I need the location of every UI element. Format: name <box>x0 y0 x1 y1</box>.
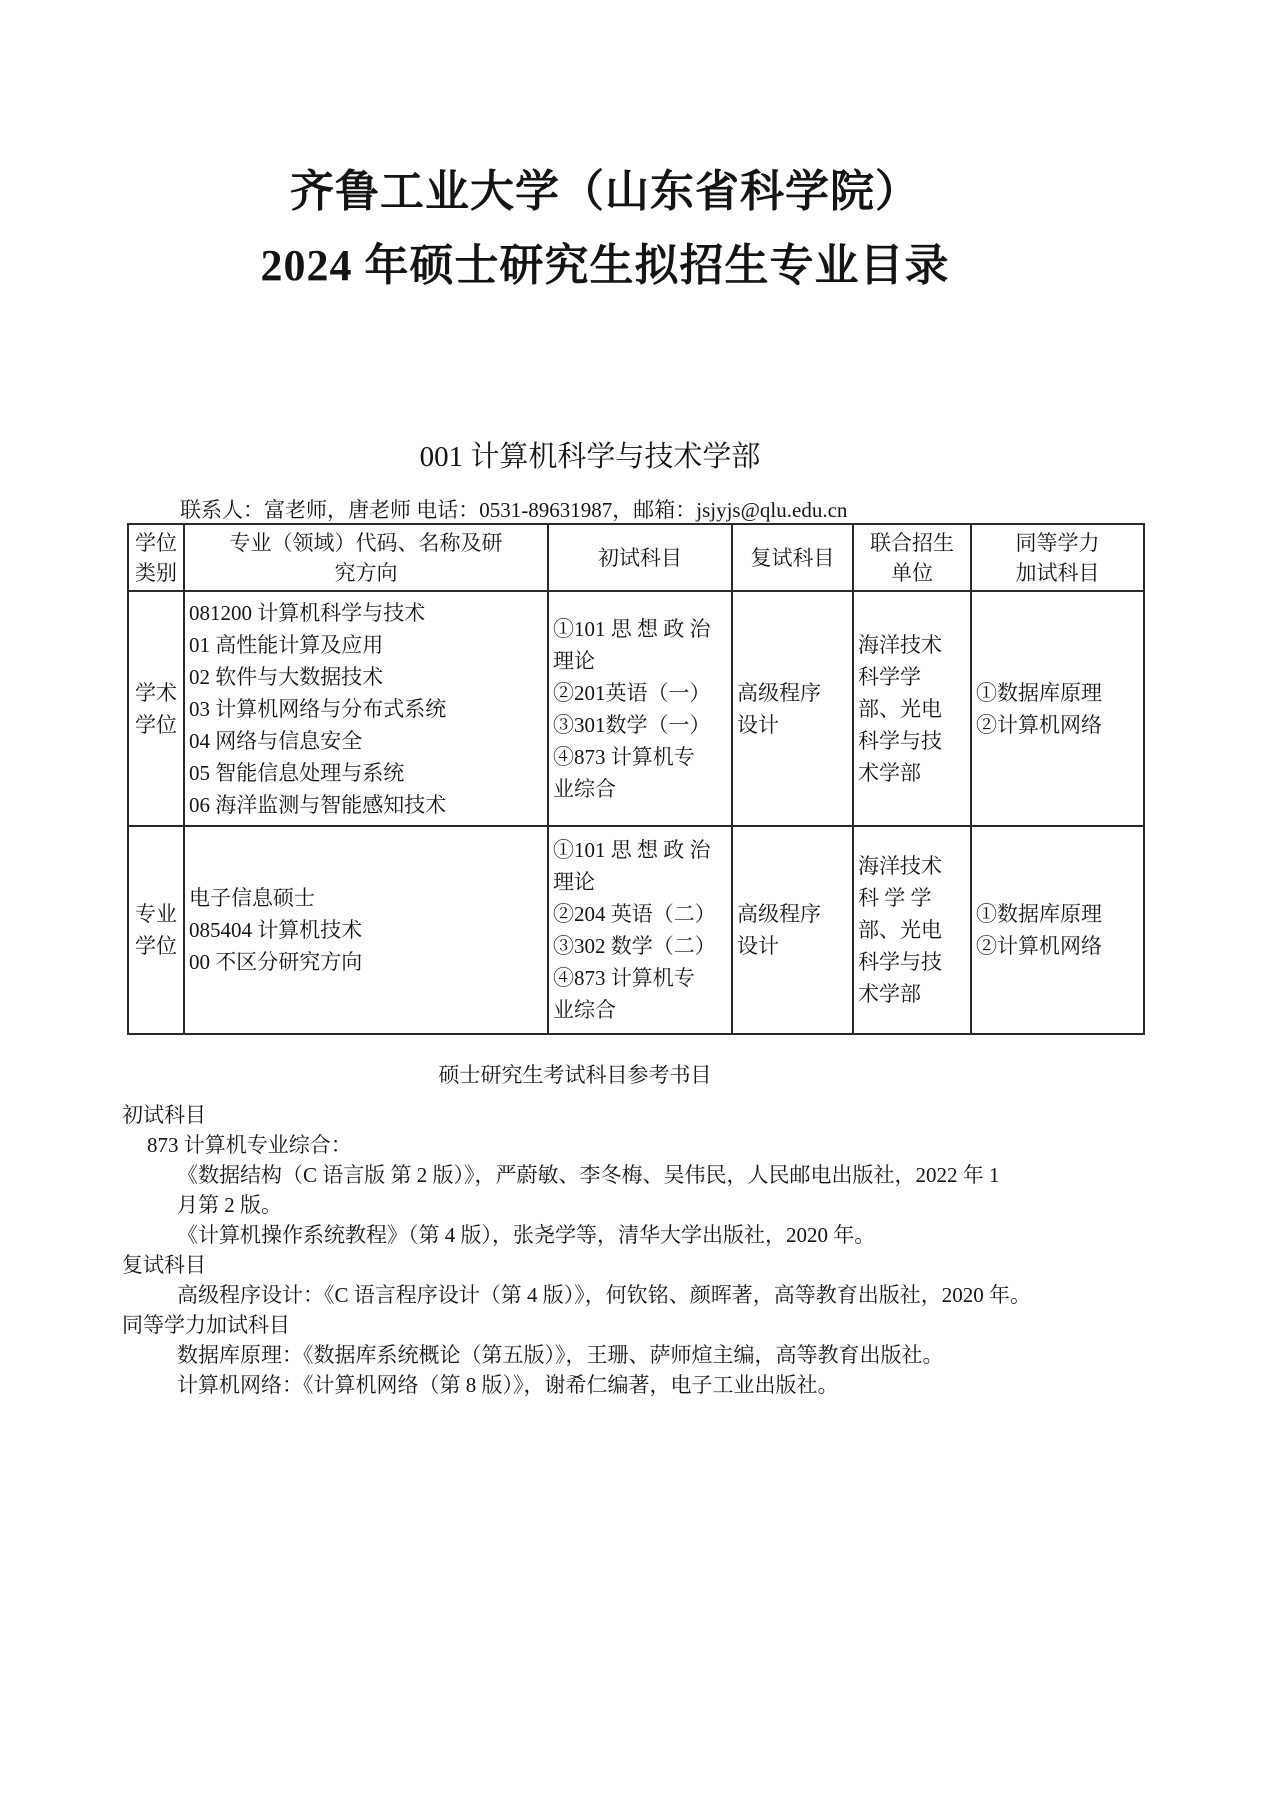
header-retest-exams: 复试科目 <box>732 524 853 591</box>
reference-item: 数据库原理：《数据库系统概论（第五版）》，王珊、萨师煊主编，高等教育出版社。 <box>0 1340 1150 1370</box>
reference-group-label: 同等学力加试科目 <box>0 1310 1150 1340</box>
department-section-title: 001 计算机科学与技术学部 <box>0 434 1180 475</box>
reference-item: 高级程序设计：《C 语言程序设计（第 4 版）》，何钦铭、颜晖著，高等教育出版社… <box>0 1280 1150 1310</box>
cell-retest-exam: 高级程序 设计 <box>732 591 853 826</box>
cell-program: 081200 计算机科学与技术 01 高性能计算及应用 02 软件与大数据技术 … <box>184 591 548 826</box>
cell-degree-type: 学术 学位 <box>128 591 184 826</box>
document-title-line2: 2024 年硕士研究生拟招生专业目录 <box>0 229 1210 293</box>
cell-joint-unit: 海洋技术 科学学 部、光电 科学与技 术学部 <box>853 591 971 826</box>
table-row: 学术 学位 081200 计算机科学与技术 01 高性能计算及应用 02 软件与… <box>128 591 1144 826</box>
admission-program-table: 学位 类别 专业（领域）代码、名称及研 究方向 初试科目 复试科目 联合招生 单… <box>127 523 1145 1035</box>
reference-section-heading: 硕士研究生考试科目参考书目 <box>0 1060 1150 1090</box>
reference-item: 873 计算机专业综合： <box>0 1130 1150 1160</box>
header-initial-exams: 初试科目 <box>548 524 732 591</box>
reference-group-label: 复试科目 <box>0 1250 1150 1280</box>
cell-joint-unit: 海洋技术 科 学 学 部、光电 科学与技 术学部 <box>853 826 971 1034</box>
cell-retest-exam: 高级程序 设计 <box>732 826 853 1034</box>
cell-degree-type: 专业 学位 <box>128 826 184 1034</box>
table-header-row: 学位 类别 专业（领域）代码、名称及研 究方向 初试科目 复试科目 联合招生 单… <box>128 524 1144 591</box>
reference-item: 《数据结构（C 语言版 第 2 版）》，严蔚敏、李冬梅、吴伟民，人民邮电出版社，… <box>0 1160 1150 1220</box>
reference-item: 计算机网络：《计算机网络（第 8 版）》，谢希仁编著，电子工业出版社。 <box>0 1370 1150 1400</box>
table-row: 专业 学位 电子信息硕士 085404 计算机技术 00 不区分研究方向 ①10… <box>128 826 1144 1034</box>
cell-initial-exams: ①101 思 想 政 治 理论 ②204 英语（二） ③302 数学（二） ④8… <box>548 826 732 1034</box>
header-program-code: 专业（领域）代码、名称及研 究方向 <box>184 524 548 591</box>
document-title-line1: 齐鲁工业大学（山东省科学院） <box>0 155 1210 219</box>
cell-equivalency-exams: ①数据库原理 ②计算机网络 <box>971 591 1144 826</box>
reference-item: 《计算机操作系统教程》（第 4 版），张尧学等，清华大学出版社，2020 年。 <box>0 1220 1150 1250</box>
header-joint-unit: 联合招生 单位 <box>853 524 971 591</box>
reference-group-label: 初试科目 <box>0 1100 1150 1130</box>
cell-equivalency-exams: ①数据库原理 ②计算机网络 <box>971 826 1144 1034</box>
header-degree-type: 学位 类别 <box>128 524 184 591</box>
cell-initial-exams: ①101 思 想 政 治 理论 ②201英语（一） ③301数学（一） ④873… <box>548 591 732 826</box>
cell-program: 电子信息硕士 085404 计算机技术 00 不区分研究方向 <box>184 826 548 1034</box>
document-page: 齐鲁工业大学（山东省科学院） 2024 年硕士研究生拟招生专业目录 001 计算… <box>0 0 1280 1810</box>
header-equivalency-exams: 同等学力 加试科目 <box>971 524 1144 591</box>
contact-info-line: 联系人：富老师，唐老师 电话：0531-89631987，邮箱：jsjyjs@q… <box>180 494 847 524</box>
reference-books-section: 硕士研究生考试科目参考书目 初试科目 873 计算机专业综合： 《数据结构（C … <box>0 1060 1150 1400</box>
